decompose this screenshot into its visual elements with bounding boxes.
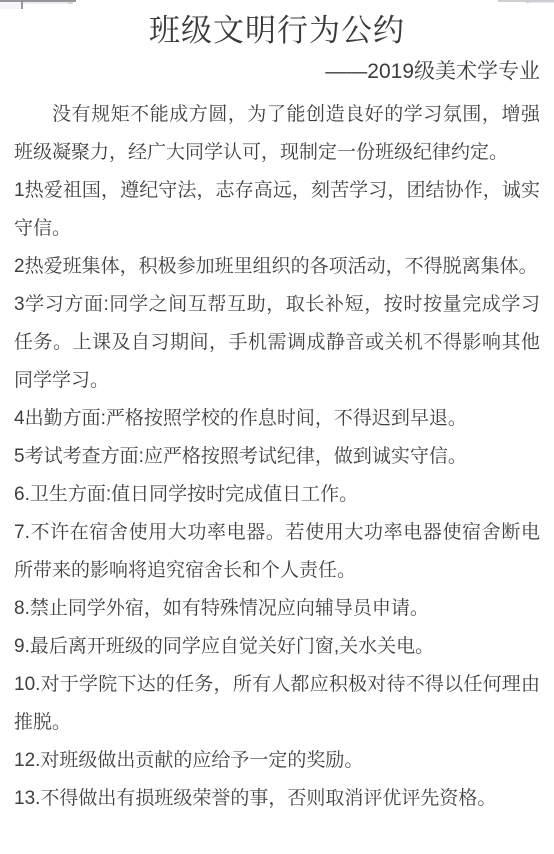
document-page: 班级文明行为公约 ——2019级美术学专业 没有规矩不能成方圆，为了能创造良好的… xyxy=(0,0,554,854)
rule-item-4: 4出勤方面:严格按照学校的作息时间，不得迟到早退。 xyxy=(14,400,540,438)
rule-item-1: 1热爱祖国，遵纪守法，志存高远，刻苦学习，团结协作，诚实守信。 xyxy=(14,172,540,248)
document-content: 班级文明行为公约 ——2019级美术学专业 没有规矩不能成方圆，为了能创造良好的… xyxy=(0,0,554,818)
rule-item-8: 8.禁止同学外宿，如有特殊情况应向辅导员申请。 xyxy=(14,590,540,628)
rule-item-7: 7.不许在宿舍使用大功率电器。若使用大功率电器使宿舍断电所带来的影响将追究宿舍长… xyxy=(14,514,540,590)
rule-item-3: 3学习方面:同学之间互帮互助，取长补短，按时按量完成学习任务。上课及自习期间，手… xyxy=(14,286,540,400)
intro-paragraph: 没有规矩不能成方圆，为了能创造良好的学习氛围，增强班级凝聚力，经广大同学认可，现… xyxy=(14,96,540,172)
rule-item-2: 2热爱班集体，积极参加班里组织的各项活动，不得脱离集体。 xyxy=(14,248,540,286)
rule-item-10: 10.对于学院下达的任务，所有人都应积极对待不得以任何理由推脱。 xyxy=(14,666,540,742)
page-title: 班级文明行为公约 xyxy=(14,0,540,54)
document-body: 没有规矩不能成方圆，为了能创造良好的学习氛围，增强班级凝聚力，经广大同学认可，现… xyxy=(14,96,540,818)
rule-item-5: 5考试考查方面:应严格按照考试纪律，做到诚实守信。 xyxy=(14,438,540,476)
document-subtitle: ——2019级美术学专业 xyxy=(14,56,540,88)
rule-item-9: 9.最后离开班级的同学应自觉关好门窗,关水关电。 xyxy=(14,628,540,666)
rule-item-13: 13.不得做出有损班级荣誉的事，否则取消评优评先资格。 xyxy=(14,780,540,818)
rule-item-12: 12.对班级做出贡献的应给予一定的奖励。 xyxy=(14,742,540,780)
rule-item-6: 6.卫生方面:值日同学按时完成值日工作。 xyxy=(14,476,540,514)
